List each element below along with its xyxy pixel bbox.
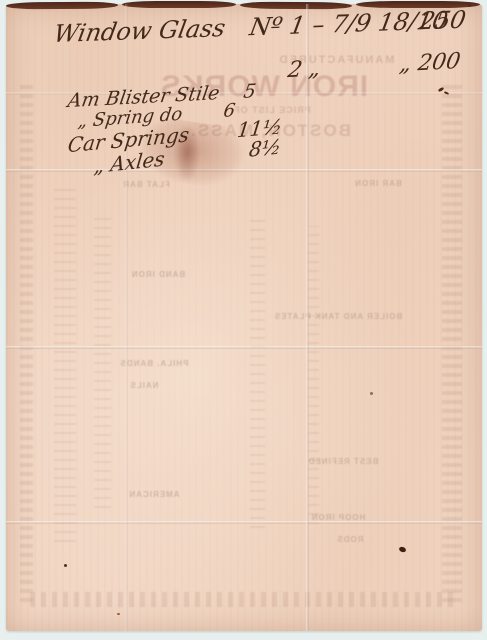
ghost-column-header: BAR IRON (354, 179, 402, 188)
ghost-column-header: NAILS (130, 381, 159, 390)
handwriting-price: 250ˢ (417, 5, 471, 35)
handwriting-price: „ 200 (398, 49, 462, 77)
ghost-column-header: AMERICAN (128, 490, 179, 499)
fold-crease-vertical (306, 4, 309, 631)
ghost-column-header: FLAT BAR (122, 180, 169, 189)
ink-speck (117, 613, 120, 615)
ink-speck (64, 564, 67, 567)
ghost-price-column (250, 216, 265, 528)
ghost-column-header: BOILER AND TANK PLATES (274, 312, 403, 321)
ghost-column-header: PHILA. BANDS (120, 359, 189, 368)
ghost-column-header: RODS (336, 535, 363, 544)
ghost-ornament-border-right (442, 82, 462, 602)
ghost-ornament-border-left (20, 82, 33, 602)
handwriting-price: 8½ (248, 134, 282, 162)
ink-speck (398, 546, 406, 553)
ghost-price-column (94, 216, 111, 508)
ghost-ornament-border-bottom (30, 592, 458, 607)
scan-background: { "accents": { "scan_background": "#e8f0… (0, 0, 487, 640)
paper-top-edge (6, 2, 118, 10)
ghost-price-column (54, 186, 76, 542)
document-paper: MANUFACTURED IRON WORKS PRICE LIST OF BO… (6, 4, 482, 631)
fold-crease-horizontal (6, 346, 482, 349)
paper-top-edge (122, 1, 236, 8)
fold-crease-horizontal (6, 169, 482, 172)
handwriting-item: 2 „ (286, 56, 322, 83)
paper-top-edge (240, 2, 352, 10)
handwriting-item: Window Glass (52, 14, 228, 48)
ink-speck (370, 392, 373, 395)
ghost-price-column (308, 226, 319, 524)
handwriting-line-window-glass: Window Glass Nº 1 – 7/9 18/10 250ˢ (54, 5, 475, 48)
ghost-column-header: BAND IRON (131, 270, 185, 279)
fold-crease-horizontal (6, 521, 482, 524)
